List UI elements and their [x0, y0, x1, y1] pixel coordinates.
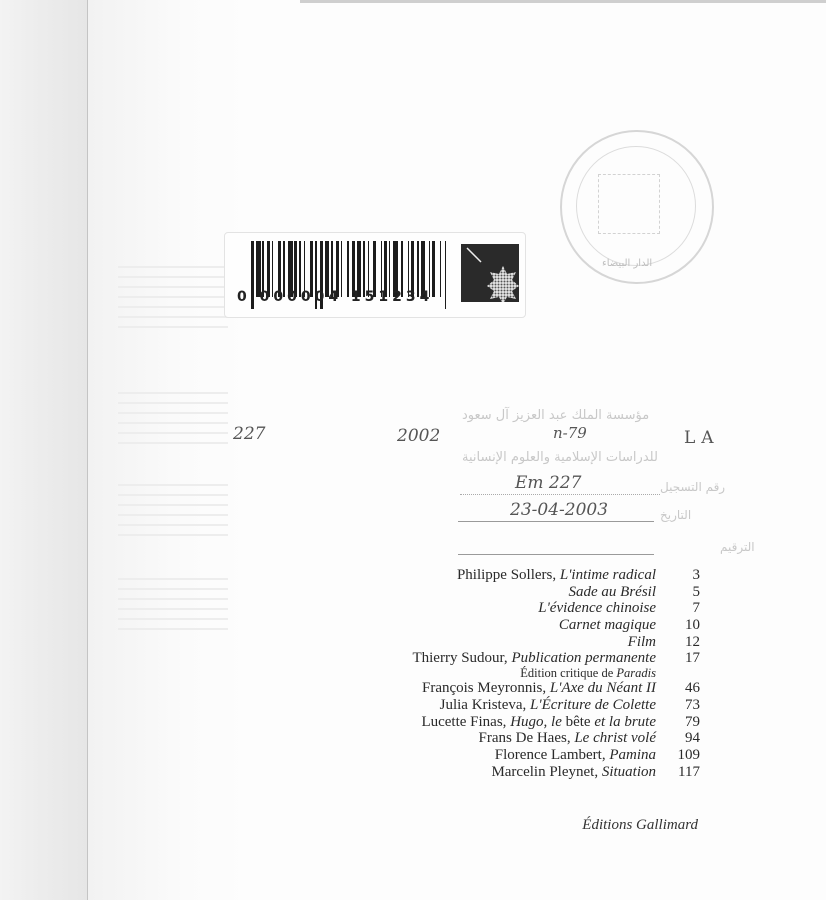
toc-page-number: 94: [656, 730, 700, 747]
toc-entry: Lucette Finas, Hugo, le bête et la brute…: [412, 714, 656, 731]
table-of-contents: Philippe Sollers, L'intime radical3Sade …: [412, 567, 656, 780]
toc-entry: Sade au Brésil5: [412, 584, 656, 601]
handwritten-number: 227: [233, 424, 265, 444]
bleed-through-text: [118, 484, 228, 544]
toc-entry-title: François Meyronnis, L'Axe du Néant II: [422, 680, 656, 697]
barcode-label: 0 000004 151234: [224, 232, 526, 318]
toc-page-number: 46: [656, 680, 700, 697]
toc-entry-title: Carnet magique: [559, 617, 656, 634]
toc-entry-title: Julia Kristeva, L'Écriture de Colette: [440, 697, 656, 714]
toc-entry: Thierry Sudour, Publication permanente17: [412, 650, 656, 667]
handwritten-year: 2002: [397, 426, 440, 446]
toc-entry-title: Marcelin Pleynet, Situation: [491, 764, 656, 781]
publisher-name: Éditions Gallimard: [582, 817, 698, 834]
registration-label: رقم التسجيل: [660, 480, 725, 494]
toc-entry: Marcelin Pleynet, Situation117: [412, 764, 656, 781]
toc-entry-title: Philippe Sollers, L'intime radical: [457, 567, 656, 584]
toc-entry: Carnet magique10: [412, 617, 656, 634]
toc-entry: Philippe Sollers, L'intime radical3: [412, 567, 656, 584]
handwritten-code: LA: [684, 428, 720, 448]
toc-page-number: 10: [656, 617, 700, 634]
bleed-through-text: [118, 266, 228, 336]
page-top-edge: [300, 0, 826, 3]
bleed-through-text: [118, 392, 228, 452]
toc-entry-title: L'évidence chinoise: [538, 600, 656, 617]
toc-page-number: 5: [656, 584, 700, 601]
library-stamp-circle: الدار البيضاء: [560, 130, 714, 284]
toc-entry: Frans De Haes, Le christ volé94: [412, 730, 656, 747]
toc-entry: François Meyronnis, L'Axe du Néant II46: [412, 680, 656, 697]
toc-entry-title: Film: [628, 634, 656, 651]
toc-entry: Julia Kristeva, L'Écriture de Colette73: [412, 697, 656, 714]
handwritten-registration: Em 227: [515, 473, 581, 493]
toc-page-number: 3: [656, 567, 700, 584]
toc-page-number: 12: [656, 634, 700, 651]
barcode-number: 0 000004 151234: [237, 289, 433, 305]
stamp-emblem: [598, 174, 660, 234]
bleed-through-text: [118, 578, 228, 638]
stamp-institution-line1: مؤسسة الملك عبد العزيز آل سعود: [462, 408, 649, 423]
handwritten-date: 23-04-2003: [510, 500, 608, 520]
toc-entry: L'évidence chinoise7: [412, 600, 656, 617]
classification-label: الترقيم: [720, 540, 755, 554]
stamp-institution-line2: للدراسات الإسلامية والعلوم الإنسانية: [462, 450, 658, 465]
stamp-city-text: الدار البيضاء: [602, 258, 652, 269]
toc-page-number: 117: [656, 764, 700, 781]
toc-entry-subtitle: Édition critique de Paradis: [412, 666, 656, 680]
toc-entry-title: Lucette Finas, Hugo, le bête et la brute: [421, 714, 656, 731]
date-label: التاريخ: [660, 508, 691, 522]
toc-entry: Film12: [412, 634, 656, 651]
page-gutter-shadow: [0, 0, 88, 900]
toc-page-number: 7: [656, 600, 700, 617]
toc-entry-title: Florence Lambert, Pamina: [495, 747, 656, 764]
toc-page-number: 79: [656, 714, 700, 731]
toc-entry-title: Frans De Haes, Le christ volé: [479, 730, 656, 747]
toc-page-number: 17: [656, 650, 700, 667]
toc-page-number: 73: [656, 697, 700, 714]
toc-page-number: 109: [656, 747, 700, 764]
toc-entry-title: Thierry Sudour, Publication permanente: [412, 650, 656, 667]
toc-entry-title: Sade au Brésil: [569, 584, 657, 601]
handwritten-number-mark: n-79: [553, 424, 587, 442]
library-logo-icon: [461, 244, 519, 302]
toc-entry: Florence Lambert, Pamina109: [412, 747, 656, 764]
